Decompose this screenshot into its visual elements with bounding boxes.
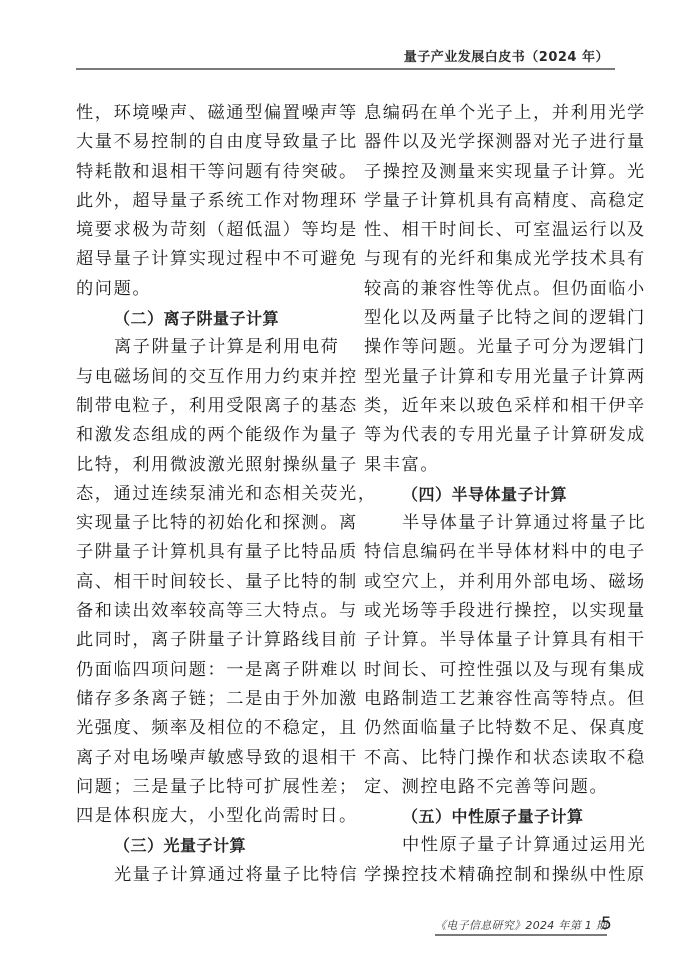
text-line: 器件以及光学探测器对光子进行量 bbox=[364, 128, 612, 157]
text-line: 光量子计算通过将量子比特信 bbox=[76, 861, 324, 890]
text-line: 此同时，离子阱量子计算路线目前 bbox=[76, 626, 324, 655]
text-line: 性，环境噪声、磁通型偏置噪声等 bbox=[76, 99, 324, 128]
text-line: 光强度、频率及相位的不稳定，且 bbox=[76, 714, 324, 743]
text-line: 息编码在单个光子上，并利用光学 bbox=[364, 99, 612, 128]
text-line: 操作等问题。光量子可分为逻辑门 bbox=[364, 333, 612, 362]
text-line: 等为代表的专用光量子计算研发成 bbox=[364, 421, 612, 450]
text-line: 态，通过连续泵浦光和态相关荧光， bbox=[76, 480, 324, 509]
section-heading-ion-trap: （二）离子阱量子计算 bbox=[76, 304, 326, 333]
text-line: 型光量子计算和专用光量子计算两 bbox=[364, 363, 612, 392]
text-line: 离子对电场噪声敏感导致的退相干 bbox=[76, 744, 324, 773]
text-line: 境要求极为苛刻（超低温）等均是 bbox=[76, 216, 324, 245]
text-line: 型化以及两量子比特之间的逻辑门 bbox=[364, 304, 612, 333]
text-line: 不高、比特门操作和状态读取不稳 bbox=[364, 744, 612, 773]
running-header-title: 量子产业发展白皮书（2024 年） bbox=[404, 46, 609, 65]
text-line: 学操控技术精确控制和操纵中性原 bbox=[364, 861, 612, 890]
text-line: 类，近年来以玻色采样和相干伊辛 bbox=[364, 392, 612, 421]
text-line: 离子阱量子计算是利用电荷 bbox=[76, 333, 324, 362]
page-footer: 《电子信息研究》2024 年第 1 期 5 bbox=[435, 914, 607, 938]
page-number: 5 bbox=[601, 914, 612, 934]
text-line: 或空穴上，并利用外部电场、磁场 bbox=[364, 568, 612, 597]
text-line: 与现有的光纤和集成光学技术具有 bbox=[364, 245, 612, 274]
text-line: 仍面临四项问题：一是离子阱难以 bbox=[76, 656, 324, 685]
running-header: 量子产业发展白皮书（2024 年） bbox=[76, 44, 615, 70]
left-column: 性，环境噪声、磁通型偏置噪声等 大量不易控制的自由度导致量子比 特耗散和退相干等… bbox=[76, 99, 326, 890]
text-line: 特信息编码在半导体材料中的电子 bbox=[364, 538, 612, 567]
text-line: 四是体积庞大，小型化尚需时日。 bbox=[76, 802, 324, 831]
text-line: 仍然面临量子比特数不足、保真度 bbox=[364, 714, 612, 743]
text-line: 比特，利用微波激光照射操纵量子 bbox=[76, 451, 324, 480]
text-line: 实现量子比特的初始化和探测。离 bbox=[76, 509, 324, 538]
text-line: 与电磁场间的交互作用力约束并控 bbox=[76, 363, 324, 392]
text-line: 制带电粒子，利用受限离子的基态 bbox=[76, 392, 324, 421]
text-line: 子计算。半导体量子计算具有相干 bbox=[364, 626, 612, 655]
text-line: 中性原子量子计算通过运用光 bbox=[364, 831, 612, 860]
text-line: 备和读出效率较高等三大特点。与 bbox=[76, 597, 324, 626]
text-line: 电路制造工艺兼容性高等特点。但 bbox=[364, 685, 612, 714]
text-line: 子操控及测量来实现量子计算。光 bbox=[364, 158, 612, 187]
text-line: 性、相干时间长、可室温运行以及 bbox=[364, 216, 612, 245]
text-line: 子阱量子计算机具有量子比特品质 bbox=[76, 538, 324, 567]
text-line: 大量不易控制的自由度导致量子比 bbox=[76, 128, 324, 157]
text-line: 高、相干时间较长、量子比特的制 bbox=[76, 568, 324, 597]
section-heading-photonic: （三）光量子计算 bbox=[76, 831, 326, 860]
section-heading-semiconductor: （四）半导体量子计算 bbox=[364, 480, 614, 509]
text-line: 果丰富。 bbox=[364, 451, 612, 480]
text-line: 问题；三是量子比特可扩展性差； bbox=[76, 773, 324, 802]
text-line: 半导体量子计算通过将量子比 bbox=[364, 509, 612, 538]
text-line: 储存多条离子链；二是由于外加激 bbox=[76, 685, 324, 714]
text-line: 的问题。 bbox=[76, 275, 324, 304]
text-line: 定、测控电路不完善等问题。 bbox=[364, 773, 612, 802]
footer-journal-citation: 《电子信息研究》2024 年第 1 期 bbox=[435, 917, 607, 936]
text-line: 时间长、可控性强以及与现有集成 bbox=[364, 656, 612, 685]
text-line: 特耗散和退相干等问题有待突破。 bbox=[76, 158, 324, 187]
right-column: 息编码在单个光子上，并利用光学 器件以及光学探测器对光子进行量 子操控及测量来实… bbox=[364, 99, 614, 890]
section-heading-neutral-atom: （五）中性原子量子计算 bbox=[364, 802, 614, 831]
text-line: 超导量子计算实现过程中不可避免 bbox=[76, 245, 324, 274]
text-line: 或光场等手段进行操控，以实现量 bbox=[364, 597, 612, 626]
text-line: 此外，超导量子系统工作对物理环 bbox=[76, 187, 324, 216]
text-line: 较高的兼容性等优点。但仍面临小 bbox=[364, 275, 612, 304]
text-line: 学量子计算机具有高精度、高稳定 bbox=[364, 187, 612, 216]
text-line: 和激发态组成的两个能级作为量子 bbox=[76, 421, 324, 450]
